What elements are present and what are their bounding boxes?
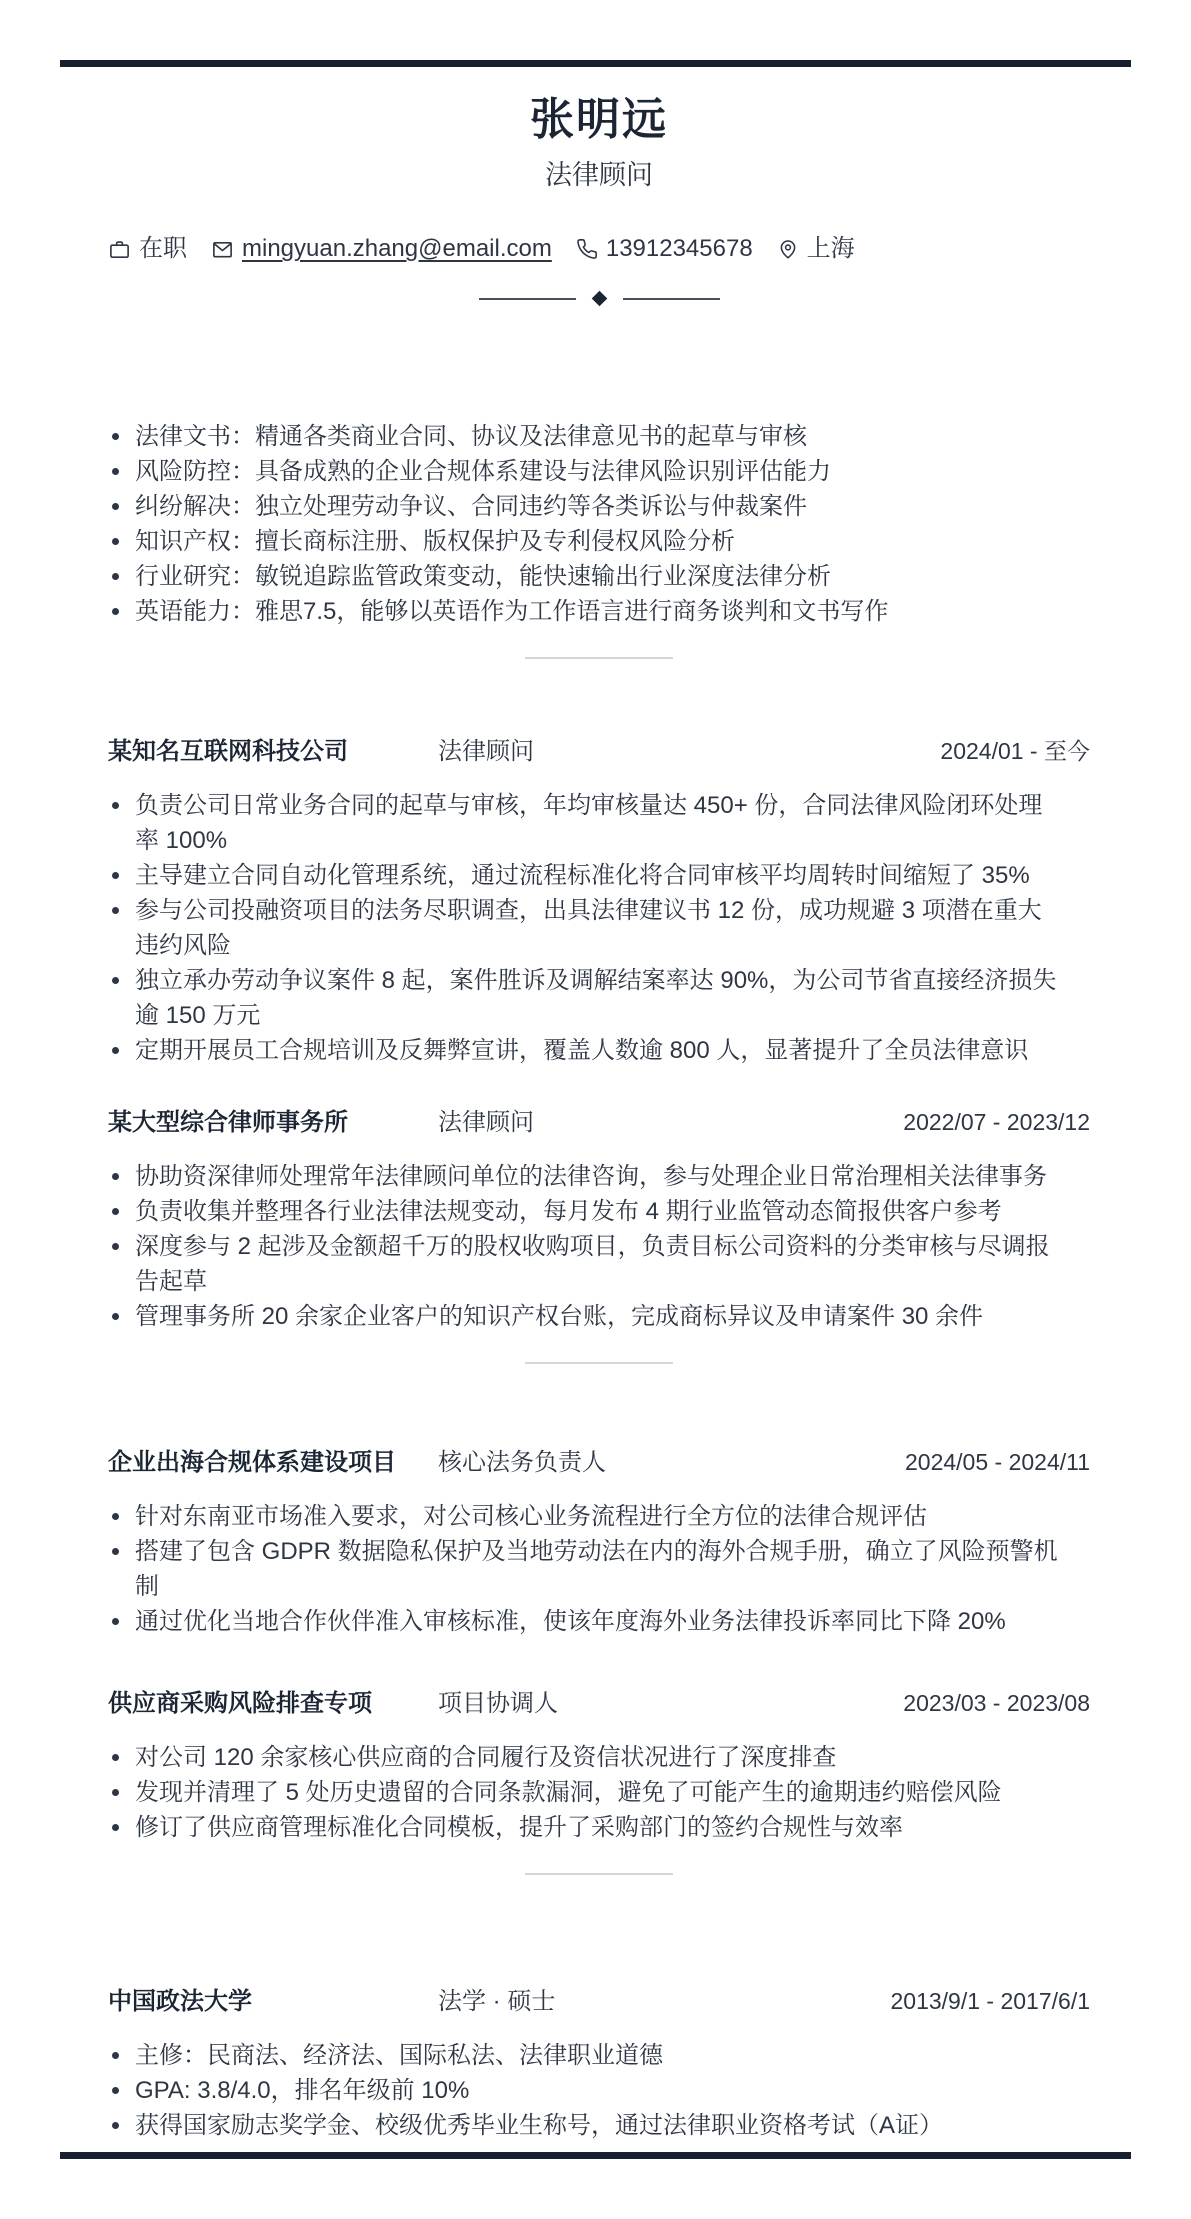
- resume-header: 张明远 法律顾问 在职: [108, 94, 1090, 305]
- skill-item: 知识产权：擅长商标注册、版权保护及专利侵权风险分析: [108, 524, 1090, 559]
- degree: 法学 · 硕士: [438, 1984, 891, 2020]
- entry-header: 企业出海合规体系建设项目 核心法务负责人 2024/05 - 2024/11: [108, 1444, 1090, 1481]
- project-entry: 供应商采购风险排查专项 项目协调人 2023/03 - 2023/08 对公司 …: [108, 1685, 1090, 1845]
- bullet-item: 协助资深律师处理常年法律顾问单位的法律咨询，参与处理企业日常治理相关法律事务: [108, 1159, 1090, 1194]
- divider-line-right: [623, 298, 720, 300]
- employment-status-label: 在职: [139, 234, 187, 264]
- bullet-item: 搭建了包含 GDPR 数据隐私保护及当地劳动法在内的海外合规手册，确立了风险预警…: [108, 1534, 1090, 1604]
- project-name: 供应商采购风险排查专项: [108, 1686, 438, 1722]
- email-link[interactable]: mingyuan.zhang@email.com: [242, 234, 552, 264]
- entry-bullets: 协助资深律师处理常年法律顾问单位的法律咨询，参与处理企业日常治理相关法律事务 负…: [108, 1159, 1090, 1334]
- bullet-item: 修订了供应商管理标准化合同模板，提升了采购部门的签约合规性与效率: [108, 1810, 1090, 1845]
- bullet-item: 主导建立合同自动化管理系统，通过流程标准化将合同审核平均周转时间缩短了 35%: [108, 858, 1090, 893]
- bullet-item: 针对东南亚市场准入要求，对公司核心业务流程进行全方位的法律合规评估: [108, 1499, 1090, 1534]
- resume-page: 张明远 法律顾问 在职: [0, 0, 1191, 2219]
- bullet-item: 管理事务所 20 余家企业客户的知识产权台账，完成商标异议及申请案件 30 余件: [108, 1299, 1090, 1334]
- diamond-icon: [591, 291, 607, 307]
- resume-content: 张明远 法律顾问 在职: [0, 0, 1191, 2143]
- contact-email: mingyuan.zhang@email.com: [211, 234, 552, 264]
- skill-item: 行业研究：敏锐追踪监管政策变动，能快速输出行业深度法律分析: [108, 559, 1090, 594]
- company-name: 某知名互联网科技公司: [108, 734, 438, 770]
- section-divider: [525, 1362, 673, 1364]
- bullet-item: 对公司 120 余家核心供应商的合同履行及资信状况进行了深度排查: [108, 1740, 1090, 1775]
- bullet-item: 独立承办劳动争议案件 8 起，案件胜诉及调解结案率达 90%，为公司节省直接经济…: [108, 963, 1090, 1033]
- mail-icon: [211, 238, 234, 261]
- skill-item: 法律文书：精通各类商业合同、协议及法律意见书的起草与审核: [108, 419, 1090, 454]
- date-range: 2024/05 - 2024/11: [905, 1444, 1090, 1480]
- date-range: 2023/03 - 2023/08: [903, 1685, 1090, 1721]
- location-pin-icon: [777, 238, 799, 260]
- location-text: 上海: [807, 234, 855, 264]
- entry-header: 某大型综合律师事务所 法律顾问 2022/07 - 2023/12: [108, 1104, 1090, 1141]
- entry-bullets: 对公司 120 余家核心供应商的合同履行及资信状况进行了深度排查 发现并清理了 …: [108, 1740, 1090, 1845]
- school-name: 中国政法大学: [108, 1984, 438, 2020]
- project-entry: 企业出海合规体系建设项目 核心法务负责人 2024/05 - 2024/11 针…: [108, 1444, 1090, 1639]
- employment-status: 在职: [108, 234, 187, 264]
- section-divider: [525, 657, 673, 659]
- phone-number: 13912345678: [606, 234, 753, 264]
- contact-location: 上海: [777, 234, 855, 264]
- bullet-item: 参与公司投融资项目的法务尽职调查，出具法律建议书 12 份，成功规避 3 项潜在…: [108, 893, 1090, 963]
- contact-phone: 13912345678: [576, 234, 753, 264]
- bullet-item: 获得国家励志奖学金、校级优秀毕业生称号，通过法律职业资格考试（A证）: [108, 2108, 1090, 2143]
- bullet-item: GPA: 3.8/4.0，排名年级前 10%: [108, 2073, 1090, 2108]
- bullet-item: 负责公司日常业务合同的起草与审核，年均审核量达 450+ 份，合同法律风险闭环处…: [108, 788, 1090, 858]
- candidate-name: 张明远: [108, 94, 1090, 146]
- education-entry: 中国政法大学 法学 · 硕士 2013/9/1 - 2017/6/1 主修：民商…: [108, 1983, 1090, 2143]
- skill-item: 纠纷解决：独立处理劳动争议、合同违约等各类诉讼与仲裁案件: [108, 489, 1090, 524]
- divider-line-left: [479, 298, 576, 300]
- briefcase-icon: [108, 238, 131, 261]
- job-role: 法律顾问: [438, 1105, 903, 1141]
- project-role: 项目协调人: [438, 1686, 903, 1722]
- header-divider: [108, 292, 1090, 305]
- project-name: 企业出海合规体系建设项目: [108, 1445, 438, 1481]
- project-role: 核心法务负责人: [438, 1445, 905, 1481]
- bullet-item: 负责收集并整理各行业法律法规变动，每月发布 4 期行业监管动态简报供客户参考: [108, 1194, 1090, 1229]
- entry-header: 供应商采购风险排查专项 项目协调人 2023/03 - 2023/08: [108, 1685, 1090, 1722]
- bullet-item: 深度参与 2 起涉及金额超千万的股权收购项目，负责目标公司资料的分类审核与尽调报…: [108, 1229, 1090, 1299]
- entry-bullets: 针对东南亚市场准入要求，对公司核心业务流程进行全方位的法律合规评估 搭建了包含 …: [108, 1499, 1090, 1639]
- bullet-item: 通过优化当地合作伙伴准入审核标准，使该年度海外业务法律投诉率同比下降 20%: [108, 1604, 1090, 1639]
- experience-entry: 某大型综合律师事务所 法律顾问 2022/07 - 2023/12 协助资深律师…: [108, 1104, 1090, 1334]
- bullet-item: 发现并清理了 5 处历史遗留的合同条款漏洞，避免了可能产生的逾期违约赔偿风险: [108, 1775, 1090, 1810]
- phone-icon: [576, 238, 598, 260]
- date-range: 2024/01 - 至今: [940, 733, 1090, 769]
- section-divider: [525, 1873, 673, 1875]
- skill-item: 英语能力：雅思7.5，能够以英语作为工作语言进行商务谈判和文书写作: [108, 594, 1090, 629]
- job-role: 法律顾问: [438, 734, 940, 770]
- contact-row: 在职 mingyuan.zhang@email.com: [108, 234, 1090, 264]
- skills-list: 法律文书：精通各类商业合同、协议及法律意见书的起草与审核 风险防控：具备成熟的企…: [108, 419, 1090, 629]
- experience-entry: 某知名互联网科技公司 法律顾问 2024/01 - 至今 负责公司日常业务合同的…: [108, 733, 1090, 1068]
- date-range: 2013/9/1 - 2017/6/1: [891, 1983, 1091, 2019]
- skill-item: 风险防控：具备成熟的企业合规体系建设与法律风险识别评估能力: [108, 454, 1090, 489]
- company-name: 某大型综合律师事务所: [108, 1105, 438, 1141]
- bottom-accent-bar: [60, 2152, 1131, 2159]
- entry-header: 某知名互联网科技公司 法律顾问 2024/01 - 至今: [108, 733, 1090, 770]
- entry-bullets: 主修：民商法、经济法、国际私法、法律职业道德 GPA: 3.8/4.0，排名年级…: [108, 2038, 1090, 2143]
- bullet-item: 定期开展员工合规培训及反舞弊宣讲，覆盖人数逾 800 人，显著提升了全员法律意识: [108, 1033, 1090, 1068]
- candidate-title: 法律顾问: [108, 156, 1090, 194]
- date-range: 2022/07 - 2023/12: [903, 1104, 1090, 1140]
- bullet-item: 主修：民商法、经济法、国际私法、法律职业道德: [108, 2038, 1090, 2073]
- entry-header: 中国政法大学 法学 · 硕士 2013/9/1 - 2017/6/1: [108, 1983, 1090, 2020]
- entry-bullets: 负责公司日常业务合同的起草与审核，年均审核量达 450+ 份，合同法律风险闭环处…: [108, 788, 1090, 1068]
